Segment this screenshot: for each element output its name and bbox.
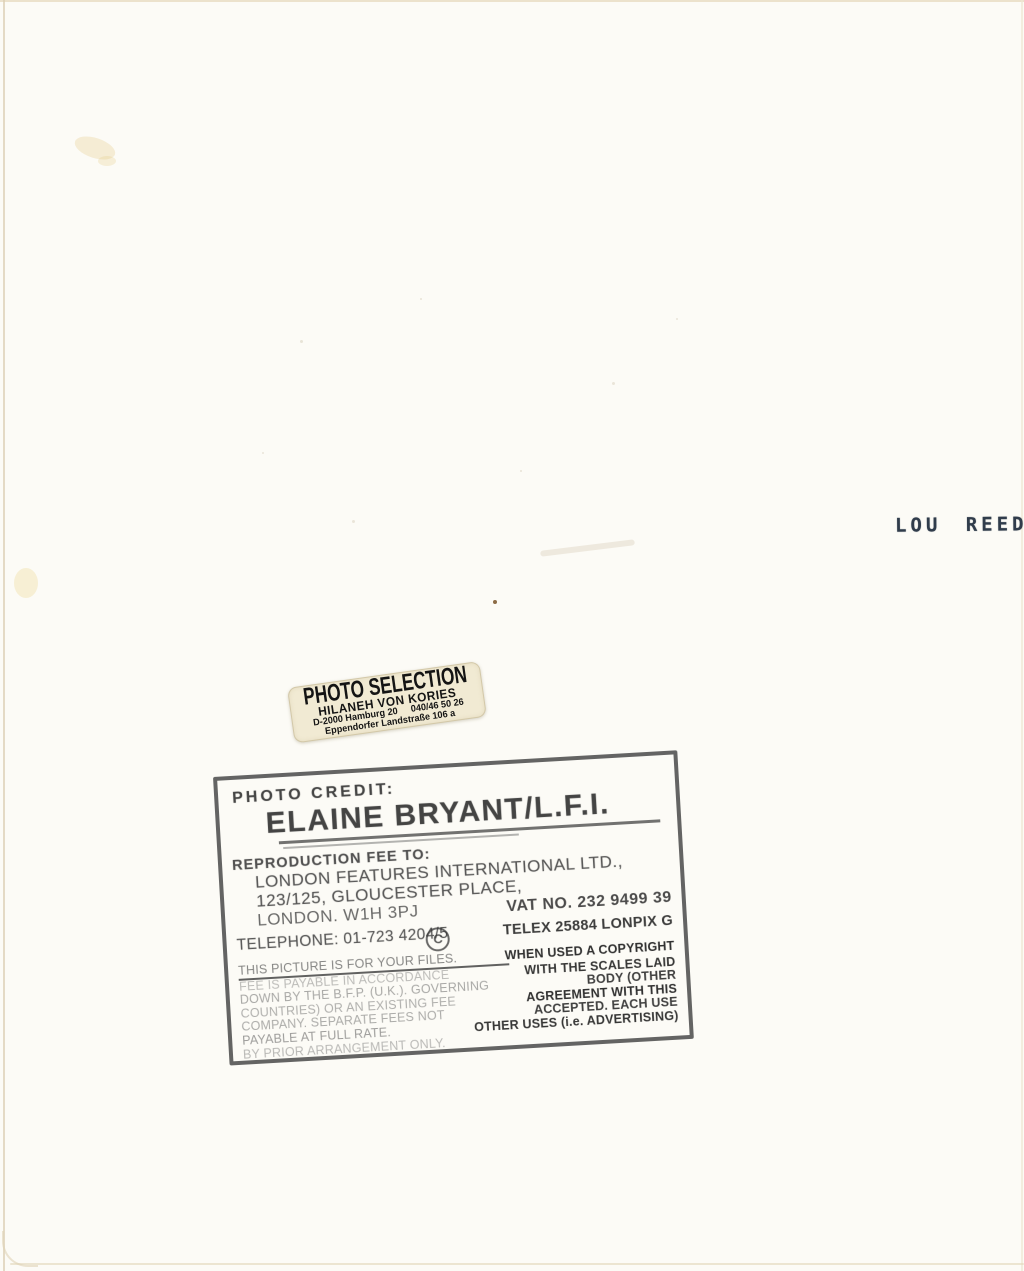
photo-selection-sticker: PHOTO SELECTION HILANEH VON KORIES D-200… <box>287 661 487 743</box>
speck <box>612 382 615 385</box>
photo-credit-stamp: PHOTO CREDIT: ELAINE BRYANT/L.F.I. REPRO… <box>213 750 694 1065</box>
paper-corner <box>2 1231 38 1267</box>
speck <box>520 470 522 472</box>
terms-text <box>679 1023 680 1037</box>
subject-name-stamp: LOU REED <box>895 513 1024 536</box>
age-spot <box>72 132 118 164</box>
photo-back-scan: LOU REED PHOTO SELECTION HILANEH VON KOR… <box>0 0 1024 1271</box>
age-spot <box>98 156 116 166</box>
license-terms: THIS PICTURE IS FOR YOUR FILES. WHEN USE… <box>238 940 680 1062</box>
speck <box>676 318 678 320</box>
speck <box>300 340 303 343</box>
speck <box>420 298 422 300</box>
speck <box>352 520 355 523</box>
ghost-streak <box>540 539 635 557</box>
speck <box>262 452 264 454</box>
paper-edge-right <box>1021 0 1023 1271</box>
sticker-gap <box>398 711 411 713</box>
paper-edge-bottom <box>10 1263 1024 1265</box>
age-spot <box>14 568 38 598</box>
paper-edge-top <box>0 0 1024 2</box>
paper-edge-left <box>3 0 5 1271</box>
ink-speck <box>493 600 497 604</box>
